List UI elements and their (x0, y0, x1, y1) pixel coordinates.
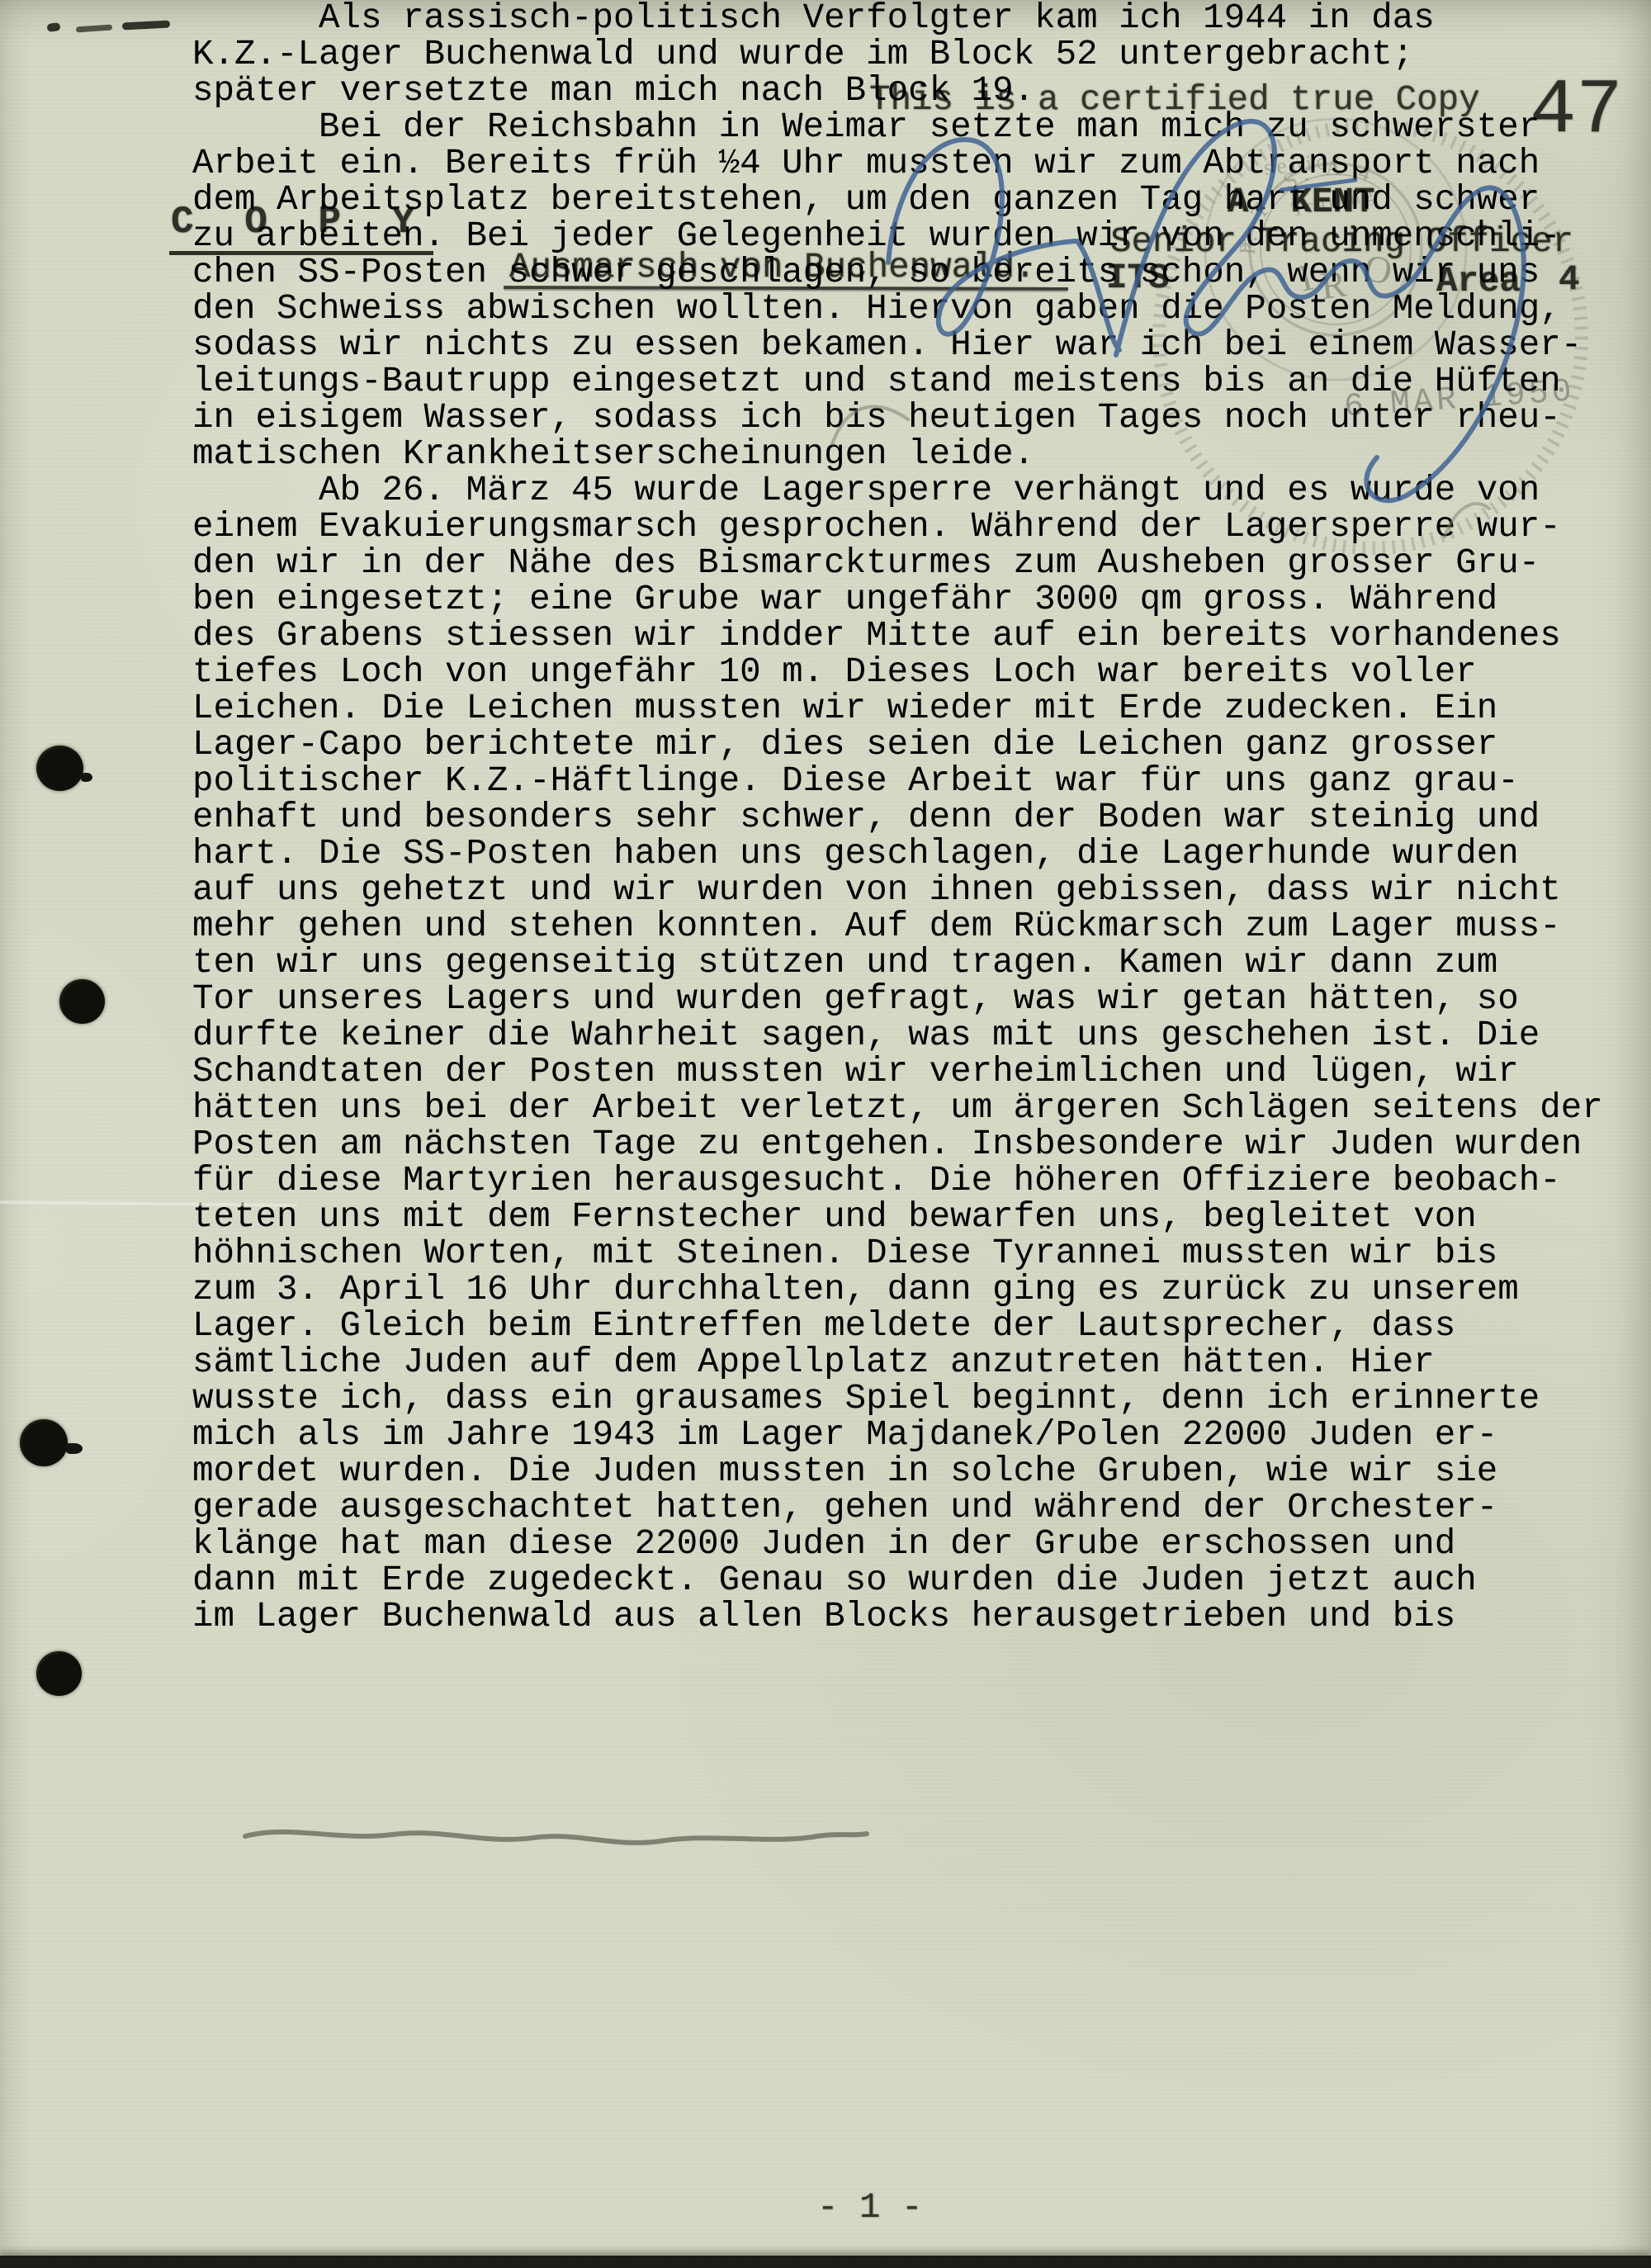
punch-hole-tear (66, 1443, 83, 1454)
punch-hole (20, 1419, 68, 1466)
hand-underline-april-date (245, 1832, 867, 1843)
scan-edge-strip (0, 2256, 1651, 2268)
pencil-marks (832, 407, 1489, 537)
punch-hole (59, 979, 105, 1024)
handwritten-annotations (0, 0, 1651, 2268)
pencil-tick-mark (1445, 504, 1489, 537)
punch-hole-tear (81, 773, 92, 782)
punch-hole (36, 746, 83, 791)
punch-hole (36, 1651, 82, 1696)
scanned-document-page: I. T. S. A 4 senior Tracing * I R O C O … (0, 0, 1651, 2268)
kent-signature-ink (888, 121, 1524, 500)
pencil-arc-mark (832, 407, 908, 444)
